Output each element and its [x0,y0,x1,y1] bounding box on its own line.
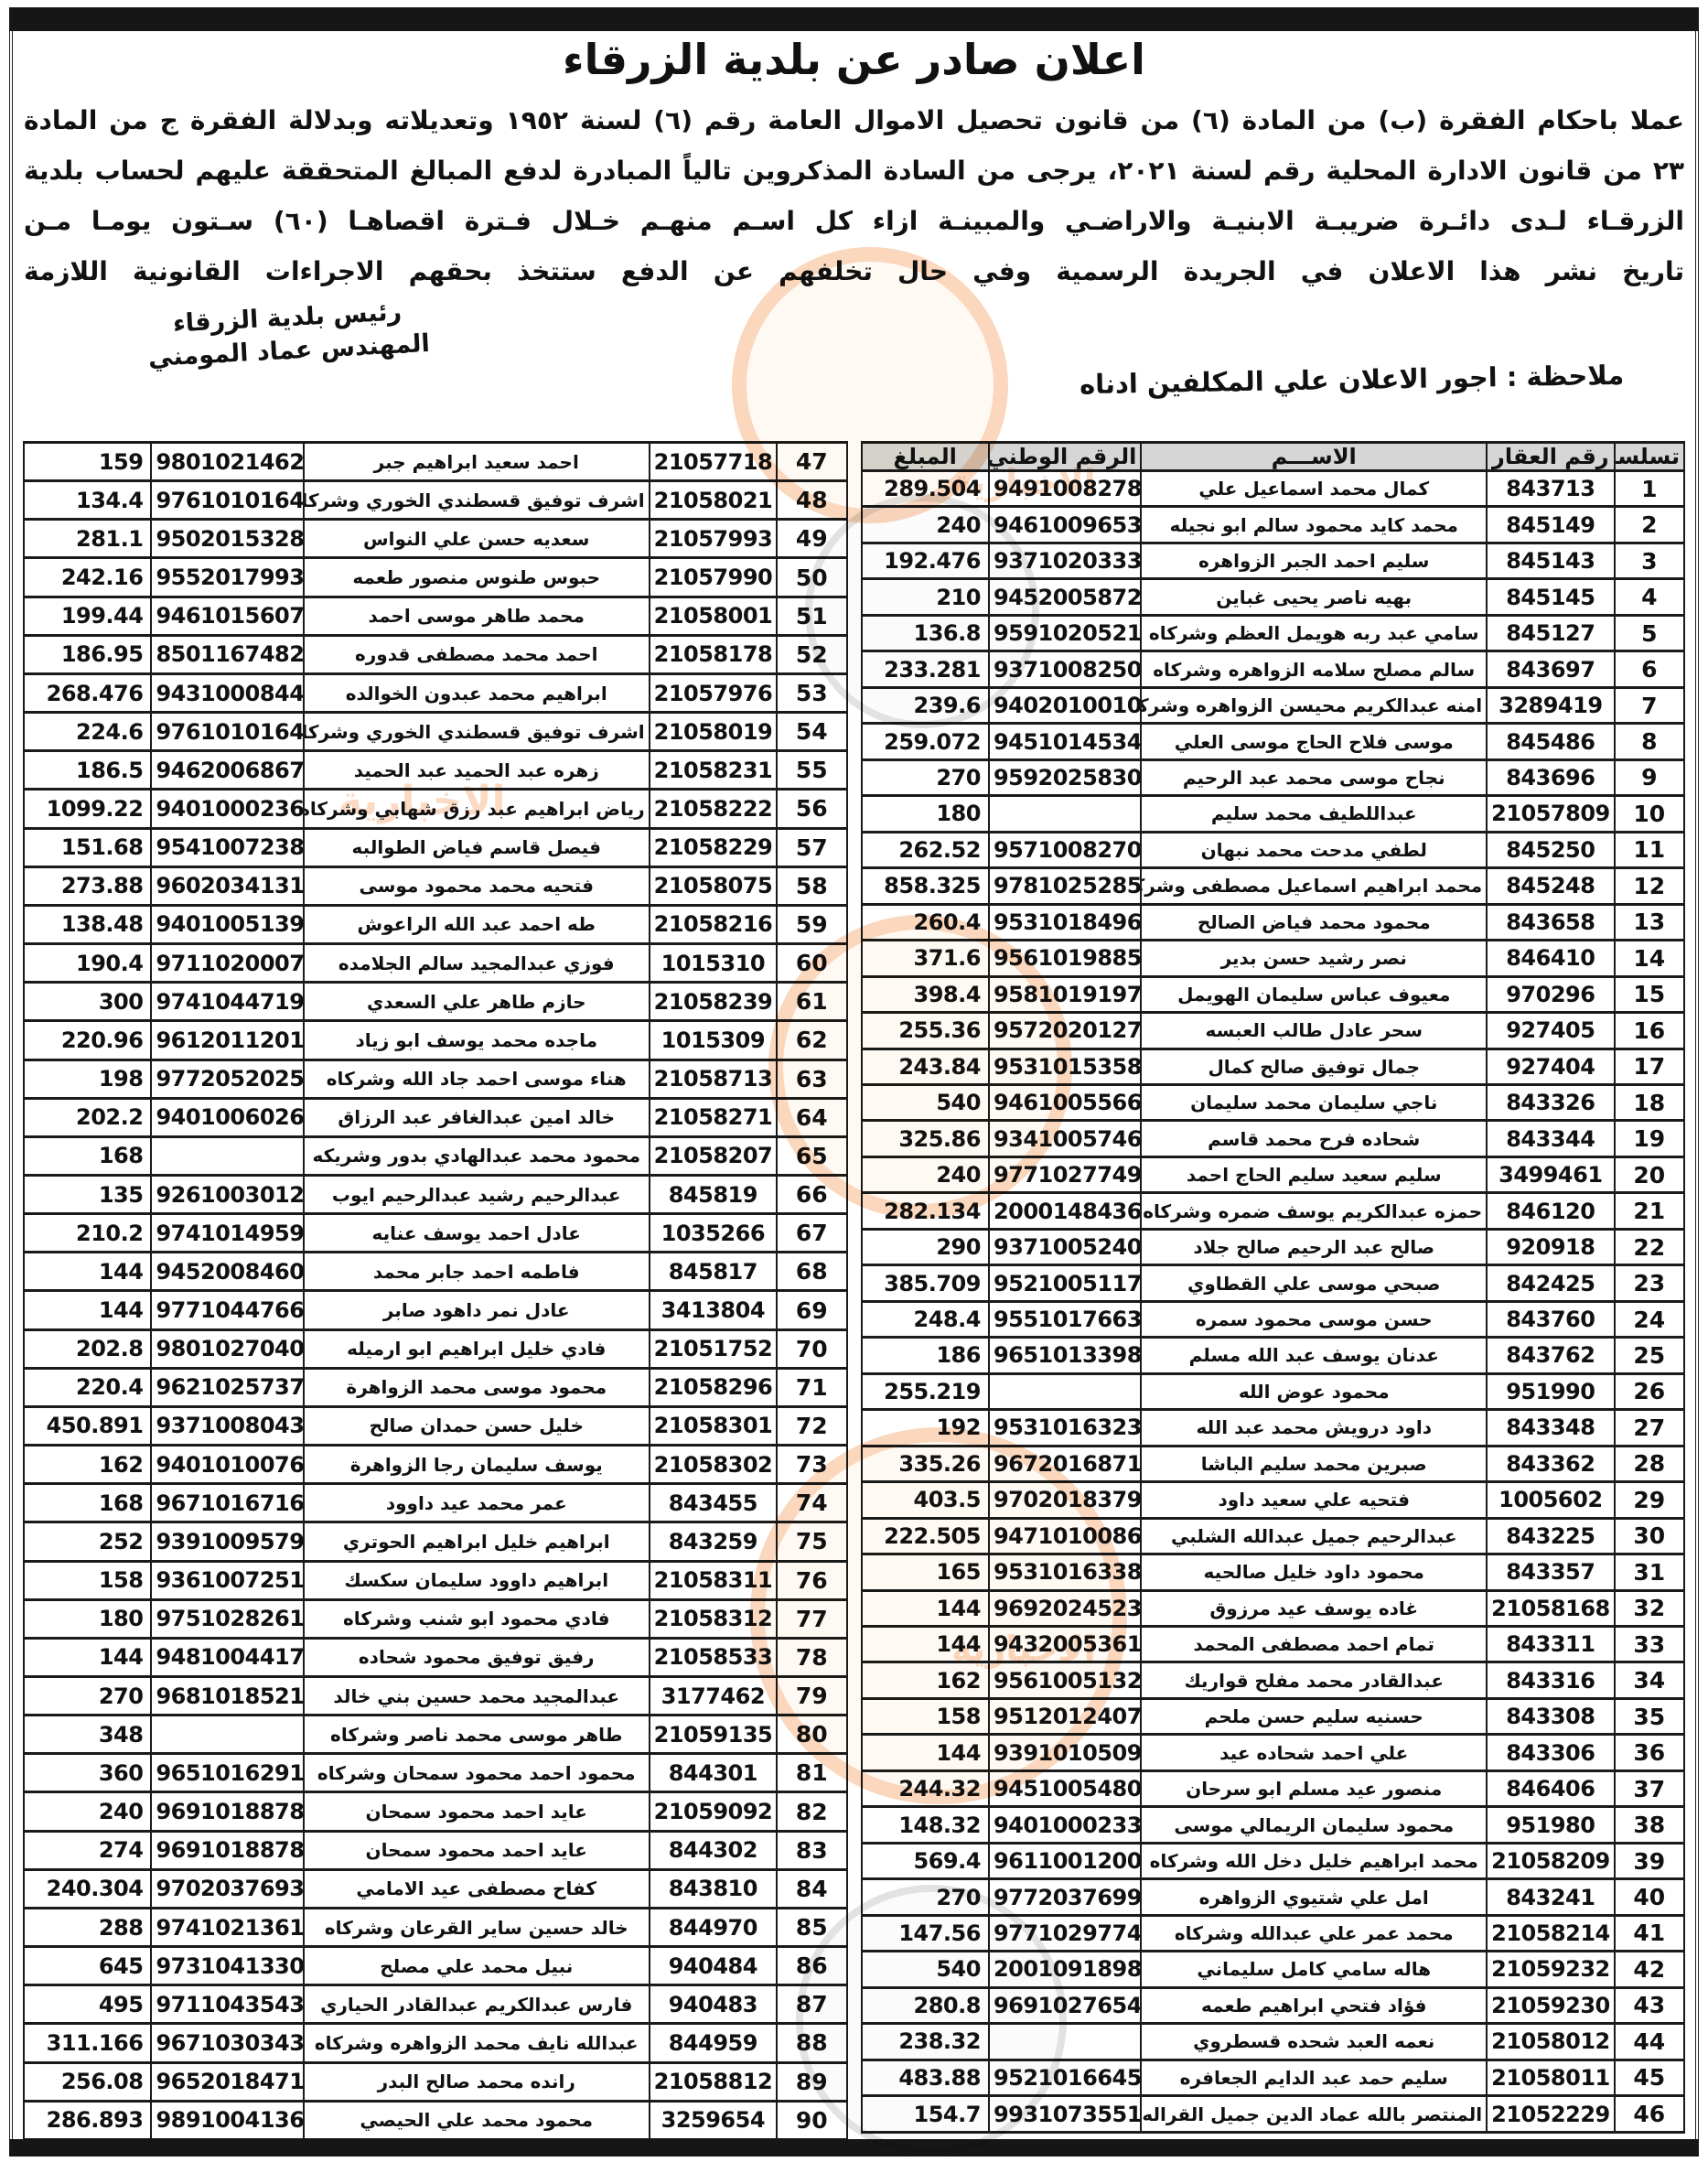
cell-serial: 47 [777,443,846,481]
cell-serial: 19 [1615,1121,1684,1156]
cell-serial: 43 [1615,1987,1684,2023]
cell-property: 920918 [1487,1229,1614,1264]
table-row: 5221058178احمد محمد مصطفى قدوره850116748… [24,635,847,673]
cell-name: عبدالله نايف محمد الزواهره وشركاه [304,2024,650,2062]
cell-amount: 289.504 [862,471,989,507]
table-row: 23842425صبحي موسى علي القطاوي95210051173… [862,1265,1685,1301]
cell-national: 9512012407 [989,1698,1141,1734]
cell-amount: 244.32 [862,1770,989,1806]
table-row: 38951980محمود سليمان الريمالي موسى940100… [862,1807,1685,1843]
cell-amount: 325.86 [862,1121,989,1156]
cell-amount: 154.7 [862,2096,989,2133]
cell-national: 9751028261 [151,1599,303,1638]
cell-amount: 274 [24,1831,151,1869]
cell-name: خليل حسن حمدان صالح [304,1406,650,1445]
table-row: 13843658محمود محمد فياض الصالح9531018496… [862,904,1685,940]
cell-serial: 40 [1615,1879,1684,1915]
cell-amount: 144 [862,1735,989,1770]
cell-amount: 273.88 [24,866,151,905]
table-row: 291005602فتحيه علي سعيد داود970201837940… [862,1482,1685,1518]
cell-amount: 252 [24,1522,151,1561]
cell-name: محمد كايد محمود سالم ابو نجيله [1141,507,1487,543]
right-table-header: تسلسلرقم العقارالاســـمالرقم الوطنيالمبل… [862,443,1685,471]
cell-amount: 148.32 [862,1807,989,1843]
cell-amount: 190.4 [24,944,151,983]
cell-name: نجاح موسى محمد عبد الرحيم [1141,759,1487,795]
cell-property: 21058075 [650,866,777,905]
cell-serial: 24 [1615,1301,1684,1337]
cell-name: منصور عيد مسلم ابو سرحان [1141,1770,1487,1806]
cell-property: 844301 [650,1754,777,1792]
table-row: 5621058222رياض ابراهيم عبد رزق شهابي وشر… [24,790,847,828]
column-header-amount: المبلغ [862,443,989,471]
table-row: 66845819عبدالرحيم رشيد عبدالرحيم ايوب926… [24,1175,847,1213]
cell-amount: 360 [24,1754,151,1792]
cell-serial: 89 [777,2062,846,2101]
cell-property: 843357 [1487,1554,1614,1590]
cell-property: 845819 [650,1175,777,1213]
cell-national: 9672016871 [989,1446,1141,1481]
cell-amount: 240.304 [24,1869,151,1908]
cell-amount: 255.219 [862,1373,989,1409]
cell-national: 9801027040 [151,1329,303,1368]
cell-amount: 144 [24,1638,151,1676]
cell-national: 9771027749 [989,1156,1141,1192]
cell-national: 9452005872 [989,579,1141,615]
cell-national: 9691027654 [989,1987,1141,2023]
table-row: 83844302عايد احمد محمود سمحان96910188782… [24,1831,847,1869]
cell-amount: 858.325 [862,868,989,904]
cell-name: هاله سامي كامل سليماني [1141,1952,1487,1987]
cell-name: سامي عبد ربه هويمل العظم وشركاه [1141,615,1487,651]
cell-serial: 21 [1615,1193,1684,1229]
table-row: 73289419امنه عبدالكريم محيسن الزواهره وش… [862,687,1685,723]
cell-name: بهيه ناصر يحيى غباين [1141,579,1487,615]
cell-amount: 151.68 [24,828,151,866]
table-row: 7021051752فادي خليل ابراهيم ابو ارميله98… [24,1329,847,1368]
table-row: 7221058301خليل حسن حمدان صالح93710080434… [24,1406,847,1445]
cell-name: يوسف سليمان رجا الزواهرة [304,1446,650,1484]
cell-name: تمام احمد مصطفى المحمد [1141,1627,1487,1662]
cell-national: 9571008270 [989,832,1141,867]
cell-property: 843658 [1487,904,1614,940]
cell-property: 1035266 [650,1214,777,1253]
cell-amount: 198 [24,1059,151,1098]
cell-name: محمد ابراهيم خليل دخل الله وشركاه [1141,1843,1487,1878]
cell-property: 940483 [650,1985,777,2024]
table-row: 8021059135طاهر موسى محمد ناصر وشركاه348 [24,1716,847,1754]
cell-serial: 42 [1615,1952,1684,1987]
cell-property: 951980 [1487,1807,1614,1843]
cell-name: حمزه عبدالكريم يوسف ضمره وشركاه [1141,1193,1487,1229]
cell-serial: 34 [1615,1662,1684,1698]
cell-property: 21058311 [650,1561,777,1599]
cell-name: امنه عبدالكريم محيسن الزواهره وشركاه [1141,687,1487,723]
cell-amount: 210.2 [24,1214,151,1253]
table-row: 601015310فوزي عبدالمجيد سالم الجلامده971… [24,944,847,983]
table-row: 4121058214محمد عمر علي عبدالله وشركاه977… [862,1915,1685,1951]
cell-amount: 286.893 [24,2101,151,2139]
table-row: 25843762عدنان يوسف عبد الله مسلم96510133… [862,1338,1685,1373]
cell-serial: 4 [1615,579,1684,615]
table-row: 4921057993سعديه حسن علي النواس9502015328… [24,520,847,558]
cell-national: 9481004417 [151,1638,303,1676]
cell-name: داود درويش محمد عبد الله [1141,1410,1487,1446]
cell-property: 21059232 [1487,1952,1614,1987]
cell-national: 9651013398 [989,1338,1141,1373]
cell-amount: 256.08 [24,2062,151,2101]
table-row: 8845486موسى فلاح الحاج موسى العلي9451014… [862,724,1685,759]
cell-name: رفيق توفيق محمود شحاده [304,1638,650,1676]
cell-name: سليم سعيد سليم الحاج احمد [1141,1156,1487,1192]
cell-property: 844970 [650,1908,777,1946]
cell-national: 9691018878 [151,1831,303,1869]
cell-name: فتحيه علي سعيد داود [1141,1482,1487,1518]
cell-name: لطفي مدحت محمد نبهان [1141,832,1487,867]
signature-block: رئيس بلدية الزرقاء المهندس عماد المومني [135,294,440,375]
cell-national: 9371020333 [989,543,1141,578]
cell-serial: 57 [777,828,846,866]
cell-amount: 243.84 [862,1049,989,1084]
cell-property: 21058231 [650,751,777,790]
cell-serial: 52 [777,635,846,673]
cell-national: 9781025285 [989,868,1141,904]
column-header-property: رقم العقار [1487,443,1614,471]
cell-amount: 288 [24,1908,151,1946]
cell-name: ابراهيم خليل ابراهيم الحوتري [304,1522,650,1561]
cell-amount: 259.072 [862,724,989,759]
cell-serial: 7 [1615,687,1684,723]
cell-name: محمود سليمان الريمالي موسى [1141,1807,1487,1843]
cell-property: 21059135 [650,1716,777,1754]
table-row: 693413804عادل نمر داهود صابر977104476614… [24,1291,847,1329]
cell-national: 8501167482 [151,635,303,673]
cell-name: عبدالرحيم جميل عبدالله الشلبي [1141,1518,1487,1554]
cell-amount: 240 [24,1792,151,1831]
cell-property: 1015309 [650,1021,777,1059]
cell-national: 9651016291 [151,1754,303,1792]
table-row: 4845145بهيه ناصر يحيى غباين9452005872210 [862,579,1685,615]
cell-national [989,2024,1141,2060]
cell-serial: 37 [1615,1770,1684,1806]
table-row: 903259654محمود محمد علي الحيصي9891004136… [24,2101,847,2139]
cell-amount: 162 [862,1662,989,1698]
cell-national: 9772052025 [151,1059,303,1098]
cell-national: 9761010164 [151,481,303,520]
table-row: 17927404جمال توفيق صالح كمال953101535824… [862,1049,1685,1084]
cell-amount: 270 [24,1677,151,1716]
table-row: 74843455عمر محمد عيد داوود9671016716168 [24,1484,847,1522]
bottom-border-bar [9,2139,1699,2157]
cell-property: 21058812 [650,2062,777,2101]
cell-serial: 83 [777,1831,846,1869]
cell-property: 927404 [1487,1049,1614,1084]
table-row: 31843357محمود داود خليل صالحيه9531016338… [862,1554,1685,1590]
right-table-wrap: تسلسلرقم العقارالاســـمالرقم الوطنيالمبل… [861,441,1686,2134]
cell-national: 9761010164 [151,713,303,751]
cell-name: ابراهيم محمد عبدون الخوالده [304,673,650,712]
cell-serial: 2 [1615,507,1684,543]
cell-name: علي احمد شحاده عيد [1141,1735,1487,1770]
cell-name: محمود محمد علي الحيصي [304,2101,650,2139]
table-row: 5021057990حبوس طنوس منصور طعمه9552017993… [24,558,847,597]
cell-serial: 31 [1615,1554,1684,1590]
cell-national: 9611001200 [989,1843,1141,1878]
cell-name: غاده يوسف عيد مرزوق [1141,1590,1487,1626]
cell-serial: 60 [777,944,846,983]
cell-name: محمد ابراهيم اسماعيل مصطفى وشركاه [1141,868,1487,904]
cell-serial: 23 [1615,1265,1684,1301]
cell-property: 3177462 [650,1677,777,1716]
cell-name: حسن موسى محمود سمره [1141,1301,1487,1337]
cell-property: 21058209 [1487,1843,1614,1878]
cell-national: 9502015328 [151,520,303,558]
cell-property: 21058301 [650,1406,777,1445]
cell-national: 9572020127 [989,1013,1141,1049]
cell-property: 843225 [1487,1518,1614,1554]
cell-national: 9521005117 [989,1265,1141,1301]
cell-national: 9401000236 [151,790,303,828]
cell-name: عبدالقادر محمد مفلح قواريك [1141,1662,1487,1698]
right-border [1695,31,1699,2139]
cell-amount: 239.6 [862,687,989,723]
cell-amount: 268.476 [24,673,151,712]
cell-serial: 84 [777,1869,846,1908]
cell-serial: 14 [1615,941,1684,976]
cell-serial: 69 [777,1291,846,1329]
table-row: 87940483فارس عبدالكريم عبدالقادر الحياري… [24,1985,847,2024]
cell-national: 9612011201 [151,1021,303,1059]
table-row: 37846406منصور عيد مسلم ابو سرحان94510054… [862,1770,1685,1806]
cell-serial: 44 [1615,2024,1684,2060]
cell-amount: 134.4 [24,481,151,520]
cell-property: 842425 [1487,1265,1614,1301]
cell-national: 9432005361 [989,1627,1141,1662]
cell-name: عايد احمد محمود سمحان [304,1792,650,1831]
cell-amount: 224.6 [24,713,151,751]
table-row: 33843311تمام احمد مصطفى المحمد9432005361… [862,1627,1685,1662]
column-header-serial: تسلسل [1615,443,1684,471]
table-row: 671035266عادل احمد يوسف عنايه97410149592… [24,1214,847,1253]
cell-serial: 5 [1615,615,1684,651]
cell-national: 9361007251 [151,1561,303,1599]
cell-name: فادي خليل ابراهيم ابو ارميله [304,1329,650,1368]
cell-serial: 68 [777,1253,846,1291]
cell-serial: 9 [1615,759,1684,795]
cell-amount: 540 [862,1952,989,1987]
cell-national: 9561005132 [989,1662,1141,1698]
table-row: 14846410نصر رشيد حسن بدير9561019885371.6 [862,941,1685,976]
cell-amount: 281.1 [24,520,151,558]
table-row: 26951990محمود عوض الله255.219 [862,1373,1685,1409]
cell-property: 21058312 [650,1599,777,1638]
cell-national: 9402010010 [989,687,1141,723]
cell-amount: 1099.22 [24,790,151,828]
table-row: 15970296معيوف عباس سليمان الهويمل9581019… [862,976,1685,1012]
cell-name: رياض ابراهيم عبد رزق شهابي وشركاه [304,790,650,828]
cell-name: سحر عادل طالب العبسه [1141,1013,1487,1049]
cell-national: 9602034131 [151,866,303,905]
cell-amount: 202.2 [24,1098,151,1136]
cell-serial: 12 [1615,868,1684,904]
cell-property: 21058533 [650,1638,777,1676]
table-row: 5845127سامي عبد ربه هويمل العظم وشركاه95… [862,615,1685,651]
cell-national: 9531015358 [989,1049,1141,1084]
cell-national: 9771029774 [989,1915,1141,1951]
cell-amount: 144 [24,1291,151,1329]
cell-amount: 248.4 [862,1301,989,1337]
cell-name: عبداللطيف محمد سليم [1141,796,1487,832]
cell-national: 9462006867 [151,751,303,790]
cell-property: 21058302 [650,1446,777,1484]
cell-name: عادل احمد يوسف عنايه [304,1214,650,1253]
table-row: 24843760حسن موسى محمود سمره9551017663248… [862,1301,1685,1337]
cell-property: 21052229 [1487,2096,1614,2133]
cell-property: 927405 [1487,1013,1614,1049]
cell-national: 9731041330 [151,1947,303,1985]
cell-name: معيوف عباس سليمان الهويمل [1141,976,1487,1012]
cell-serial: 33 [1615,1627,1684,1662]
cell-amount: 242.16 [24,558,151,597]
cell-serial: 38 [1615,1807,1684,1843]
cell-name: صالح عبد الرحيم صالح جلاد [1141,1229,1487,1264]
cell-amount: 210 [862,579,989,615]
table-row: 5521058231زهره عبد الحميد عبد الحميد9462… [24,751,847,790]
cell-property: 844302 [650,1831,777,1869]
cell-amount: 186 [862,1338,989,1373]
table-row: 7821058533رفيق توفيق محمود شحاده94810044… [24,1638,847,1676]
cell-national: 9931073551 [989,2096,1141,2133]
cell-property: 843316 [1487,1662,1614,1698]
table-row: 5721058229فيصل قاسم فياض الطوالبه9541007… [24,828,847,866]
cell-serial: 58 [777,866,846,905]
table-row: 4521058011سليم حمد عبد الدايم الجعافره95… [862,2060,1685,2095]
cell-name: محمود احمد محمود سمحان وشركاه [304,1754,650,1792]
cell-serial: 71 [777,1368,846,1406]
column-header-name: الاســـم [1141,443,1487,471]
cell-amount: 403.5 [862,1482,989,1518]
column-header-national: الرقم الوطني [989,443,1141,471]
cell-property: 21058296 [650,1368,777,1406]
cell-amount: 255.36 [862,1013,989,1049]
cell-amount: 135 [24,1175,151,1213]
cell-national: 9531016323 [989,1410,1141,1446]
cell-amount: 159 [24,443,151,481]
table-row: 6321058713هناء موسى احمد جاد الله وشركاه… [24,1059,847,1098]
cell-serial: 88 [777,2024,846,2062]
right-table: تسلسلرقم العقارالاســـمالرقم الوطنيالمبل… [861,441,1686,2134]
cell-name: كفاح مصطفى عيد الامامي [304,1869,650,1908]
cell-name: فادي محمود ابو شنب وشركاه [304,1599,650,1638]
cell-national [989,796,1141,832]
cell-amount: 280.8 [862,1987,989,2023]
table-row: 4321059230فؤاد فتحي ابراهيم طعمه96910276… [862,1987,1685,2023]
cell-property: 843311 [1487,1627,1614,1662]
cell-property: 940484 [650,1947,777,1985]
cell-serial: 85 [777,1908,846,1946]
cell-national: 9702018379 [989,1482,1141,1518]
cell-national: 9531018496 [989,904,1141,940]
cell-amount: 569.4 [862,1843,989,1878]
cell-amount: 186.5 [24,751,151,790]
cell-name: محمود محمد عبدالهادي بدور وشريكه [304,1136,650,1175]
cell-serial: 32 [1615,1590,1684,1626]
table-row: 4821058021اشرف توفيق قسطندي الخوري وشركا… [24,481,847,520]
cell-national: 9741044719 [151,983,303,1021]
table-row: 5321057976ابراهيم محمد عبدون الخوالده943… [24,673,847,712]
cell-serial: 79 [777,1677,846,1716]
table-row: 8221059092عايد احمد محمود سمحان969101887… [24,1792,847,1831]
table-row: 88844959عبدالله نايف محمد الزواهره وشركا… [24,2024,847,2062]
tables-region: تسلسلرقم العقارالاســـمالرقم الوطنيالمبل… [23,441,1685,2141]
cell-name: شحاده فرح محمد قاسم [1141,1121,1487,1156]
cell-amount: 158 [24,1561,151,1599]
cell-national: 9491008278 [989,471,1141,507]
announcement-body: عملا باحكام الفقرة (ب) من المادة (٦) من … [24,95,1684,296]
cell-property: 843259 [650,1522,777,1561]
cell-name: فتحيه محمد محمود موسى [304,866,650,905]
cell-national: 9391010509 [989,1735,1141,1770]
cell-national: 9671030343 [151,2024,303,2062]
cell-amount: 192 [862,1410,989,1446]
table-row: 6843697سالم مصلح سلامه الزواهره وشركاه93… [862,651,1685,687]
cell-name: عادل نمر داهود صابر [304,1291,650,1329]
cell-name: ناجي سليمان محمد سليمان [1141,1084,1487,1120]
body-line-3: الزرقـاء لـدى دائـرة ضريبـة الابنيـة وال… [24,196,1684,246]
cell-amount: 162 [24,1446,151,1484]
cell-name: حسنيه سليم حسن ملحم [1141,1698,1487,1734]
cell-national [151,1136,303,1175]
cell-national: 9772037699 [989,1879,1141,1915]
cell-serial: 66 [777,1175,846,1213]
cell-name: محمود محمد فياض الصالح [1141,904,1487,940]
cell-serial: 17 [1615,1049,1684,1084]
table-row: 6521058207محمود محمد عبدالهادي بدور وشري… [24,1136,847,1175]
cell-serial: 11 [1615,832,1684,867]
cell-property: 845127 [1487,615,1614,651]
left-table: 4721057718احمد سعيد ابراهيم جبر980102146… [23,441,848,2141]
table-row: 27843348داود درويش محمد عبد الله95310163… [862,1410,1685,1446]
cell-property: 21058168 [1487,1590,1614,1626]
cell-national: 9451014534 [989,724,1141,759]
cell-amount: 270 [862,1879,989,1915]
table-row: 4621052229المنتصر بالله عماد الدين جميل … [862,2096,1685,2133]
cell-serial: 55 [777,751,846,790]
cell-name: محمد طاهر موسى احمد [304,597,650,635]
cell-property: 21057993 [650,520,777,558]
cell-national: 9711020007 [151,944,303,983]
cell-national: 9391009579 [151,1522,303,1561]
cell-name: خالد حسين ساير القرعان وشركاه [304,1908,650,1946]
table-row: 5821058075فتحيه محمد محمود موسى960203413… [24,866,847,905]
cell-amount: 385.709 [862,1265,989,1301]
table-row: 9843696نجاح موسى محمد عبد الرحيم95920258… [862,759,1685,795]
body-line-1: عملا باحكام الفقرة (ب) من المادة (٦) من … [24,95,1684,145]
cell-property: 845817 [650,1253,777,1291]
cell-property: 845143 [1487,543,1614,578]
cell-name: حبوس طنوس منصور طعمه [304,558,650,597]
table-row: 18843326ناجي سليمان محمد سليمان946100556… [862,1084,1685,1120]
cell-property: 845145 [1487,579,1614,615]
cell-amount: 270 [862,759,989,795]
cell-name: سليم حمد عبد الدايم الجعافره [1141,2060,1487,2095]
cell-amount: 262.52 [862,832,989,867]
cell-property: 843362 [1487,1446,1614,1481]
cell-serial: 25 [1615,1338,1684,1373]
cell-amount: 192.476 [862,543,989,578]
cell-name: موسى فلاح الحاج موسى العلي [1141,724,1487,759]
scanned-announcement-page: اعلان صادر عن بلدية الزرقاء عملا باحكام … [0,0,1708,2162]
